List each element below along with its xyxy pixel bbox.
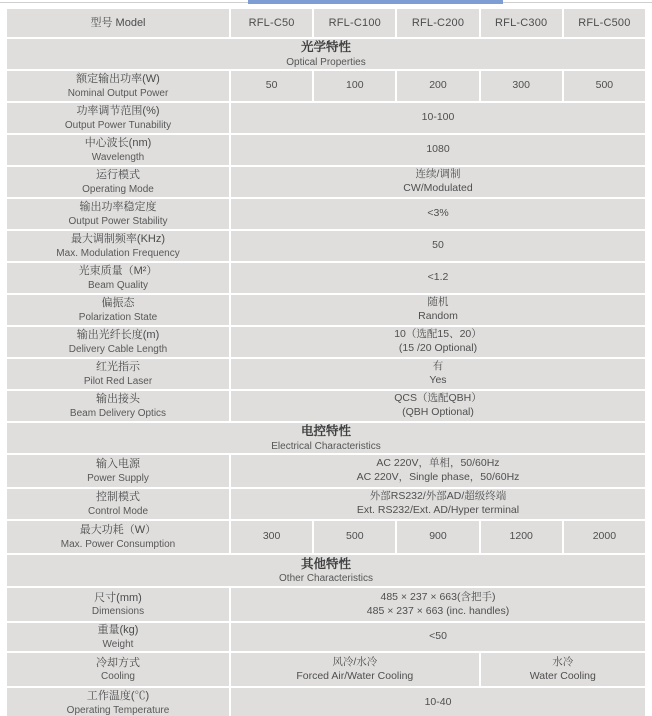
section-row: 光学特性Optical Properties: [7, 39, 645, 69]
row-label: 最大功耗（W）Max. Power Consumption: [7, 521, 229, 553]
table-row: 重量(kg)Weight<50: [7, 623, 645, 651]
model-name: RFL-C300: [495, 16, 547, 30]
row-label-zh: 输出接头: [96, 392, 140, 406]
row-label: 最大调制频率(KHz)Max. Modulation Frequency: [7, 231, 229, 261]
table-row: 控制模式Control Mode外部RS232/外部AD/超级终端Ext. RS…: [7, 489, 645, 519]
row-label: 红光指示Pilot Red Laser: [7, 359, 229, 389]
value-text: 1200: [510, 530, 533, 544]
value-text: 50: [432, 239, 444, 253]
section-row: 其他特性Other Characteristics: [7, 555, 645, 586]
value-cell-span: 有Yes: [231, 359, 645, 389]
row-label-zh: 偏振态: [102, 296, 135, 310]
table-row: 额定输出功率(W)Nominal Output Power50100200300…: [7, 71, 645, 101]
value-cell-span: 风冷/水冷Forced Air/Water Cooling: [231, 653, 479, 686]
row-label-zh: 输出光纤长度(m): [77, 328, 160, 342]
value-cell: 2000: [564, 521, 645, 553]
row-label-en: Beam Quality: [88, 279, 148, 292]
table-row: 最大功耗（W）Max. Power Consumption30050090012…: [7, 521, 645, 553]
value-text: 500: [596, 79, 614, 93]
row-label-zh: 尺寸(mm): [94, 591, 142, 605]
model-name: RFL-C50: [249, 16, 295, 30]
model-column-header: RFL-C100: [314, 9, 395, 37]
value-text: Ext. RS232/Ext. AD/Hyper terminal: [357, 504, 519, 518]
section-header-cell: 光学特性Optical Properties: [7, 39, 645, 69]
row-label: 尺寸(mm)Dimensions: [7, 588, 229, 621]
row-label-zh: 输入电源: [96, 457, 140, 471]
value-text: <3%: [427, 207, 448, 221]
table-row: 工作温度(℃)Operating Temperature10-40: [7, 688, 645, 716]
table-row: 红光指示Pilot Red Laser有Yes: [7, 359, 645, 389]
value-text: <50: [429, 630, 447, 644]
value-cell-span: 485 × 237 × 663(含把手)485 × 237 × 663 (inc…: [231, 588, 645, 621]
row-label: 重量(kg)Weight: [7, 623, 229, 651]
value-text: QCS（选配QBH）: [394, 392, 482, 406]
model-name: RFL-C100: [329, 16, 381, 30]
section-title-en: Electrical Characteristics: [271, 440, 380, 453]
row-label-zh: 最大功耗（W）: [80, 523, 156, 537]
row-label-zh: 光束质量（M²）: [79, 264, 158, 278]
value-text: 100: [346, 79, 364, 93]
value-text: Yes: [429, 374, 446, 388]
row-label: 输入电源Power Supply: [7, 455, 229, 487]
row-label: 输出光纤长度(m)Delivery Cable Length: [7, 327, 229, 357]
row-label: 输出功率稳定度Output Power Stability: [7, 199, 229, 229]
value-cell-span: <1.2: [231, 263, 645, 293]
section-header-cell: 电控特性Electrical Characteristics: [7, 423, 645, 453]
row-label-en: Output Power Stability: [69, 215, 168, 228]
value-cell-span: 10-40: [231, 688, 645, 716]
value-text: 风冷/水冷: [332, 656, 377, 670]
section-row: 电控特性Electrical Characteristics: [7, 423, 645, 453]
value-text: AC 220V，Single phase，50/60Hz: [357, 471, 520, 485]
value-cell-span: 1080: [231, 135, 645, 165]
value-text: <1.2: [428, 271, 449, 285]
row-label: 冷却方式Cooling: [7, 653, 229, 686]
row-label-en: Operating Mode: [82, 183, 154, 196]
model-column-header: RFL-C50: [231, 9, 312, 37]
value-cell-span: 随机Random: [231, 295, 645, 325]
row-label-en: Weight: [103, 638, 134, 651]
value-text: 50: [266, 79, 278, 93]
value-text: (QBH Optional): [402, 406, 474, 420]
value-cell-span: 连续/调制CW/Modulated: [231, 167, 645, 197]
value-text: 水冷: [552, 656, 573, 670]
value-cell-span: 水冷Water Cooling: [481, 653, 645, 686]
value-cell-span: QCS（选配QBH）(QBH Optional): [231, 391, 645, 421]
table-row: 偏振态Polarization State随机Random: [7, 295, 645, 325]
value-cell-span: AC 220V，单相，50/60HzAC 220V，Single phase，5…: [231, 455, 645, 487]
model-column-header: RFL-C500: [564, 9, 645, 37]
spec-table: 型号 ModelRFL-C50RFL-C100RFL-C200RFL-C300R…: [7, 9, 645, 716]
header-row: 型号 ModelRFL-C50RFL-C100RFL-C200RFL-C300R…: [7, 9, 645, 37]
value-text: 外部RS232/外部AD/超级终端: [370, 490, 507, 504]
value-text: 连续/调制: [416, 168, 461, 182]
row-label-zh: 重量(kg): [98, 623, 139, 637]
value-cell: 100: [314, 71, 395, 101]
laser-spec-sheet: 型号 ModelRFL-C50RFL-C100RFL-C200RFL-C300R…: [0, 0, 652, 716]
row-label-en: Beam Delivery Optics: [70, 407, 166, 420]
value-cell: 500: [314, 521, 395, 553]
row-label-en: Power Supply: [87, 472, 149, 485]
row-label-en: Nominal Output Power: [68, 87, 169, 100]
value-cell: 900: [397, 521, 478, 553]
value-cell-span: 10-100: [231, 103, 645, 133]
value-text: CW/Modulated: [403, 182, 472, 196]
value-cell-span: 50: [231, 231, 645, 261]
row-label-en: Control Mode: [88, 505, 148, 518]
model-name: RFL-C500: [578, 16, 630, 30]
value-text: 485 × 237 × 663(含把手): [381, 591, 496, 605]
row-label-zh: 中心波长(nm): [85, 136, 152, 150]
value-cell-span: <50: [231, 623, 645, 651]
value-cell: 50: [231, 71, 312, 101]
value-text: 485 × 237 × 663 (inc. handles): [367, 605, 509, 619]
value-cell-span: 10（选配15、20）(15 /20 Optional): [231, 327, 645, 357]
table-row: 运行模式Operating Mode连续/调制CW/Modulated: [7, 167, 645, 197]
value-text: Forced Air/Water Cooling: [296, 670, 413, 684]
row-label-zh: 工作温度(℃): [87, 689, 149, 703]
table-row: 尺寸(mm)Dimensions485 × 237 × 663(含把手)485 …: [7, 588, 645, 621]
row-label-zh: 额定输出功率(W): [76, 72, 160, 86]
model-column-header: RFL-C300: [481, 9, 562, 37]
value-text: 10-100: [422, 111, 455, 125]
section-title-zh: 电控特性: [301, 423, 351, 439]
row-label-zh: 控制模式: [96, 490, 140, 504]
table-row: 输出功率稳定度Output Power Stability<3%: [7, 199, 645, 229]
row-label-en: Dimensions: [92, 605, 144, 618]
row-label-zh: 红光指示: [96, 360, 140, 374]
value-text: Water Cooling: [530, 670, 596, 684]
row-label-en: Max. Modulation Frequency: [56, 247, 179, 260]
row-label-en: Delivery Cable Length: [69, 343, 167, 356]
row-label-en: Cooling: [101, 670, 135, 683]
model-name: RFL-C200: [412, 16, 464, 30]
value-cell: 500: [564, 71, 645, 101]
table-row: 中心波长(nm)Wavelength1080: [7, 135, 645, 165]
row-label-en: Max. Power Consumption: [61, 538, 176, 551]
value-text: 300: [263, 530, 281, 544]
value-text: 1080: [426, 143, 449, 157]
table-row: 光束质量（M²）Beam Quality<1.2: [7, 263, 645, 293]
value-text: (15 /20 Optional): [399, 342, 477, 356]
top-blue-bar: [248, 0, 503, 4]
value-text: 有: [433, 360, 444, 374]
row-label: 工作温度(℃)Operating Temperature: [7, 688, 229, 716]
section-title-en: Other Characteristics: [279, 572, 373, 585]
section-header-cell: 其他特性Other Characteristics: [7, 555, 645, 586]
value-cell-span: 外部RS232/外部AD/超级终端Ext. RS232/Ext. AD/Hype…: [231, 489, 645, 519]
row-label: 偏振态Polarization State: [7, 295, 229, 325]
row-label: 光束质量（M²）Beam Quality: [7, 263, 229, 293]
row-label-zh: 输出功率稳定度: [80, 200, 157, 214]
table-row: 最大调制频率(KHz)Max. Modulation Frequency50: [7, 231, 645, 261]
row-label-en: Polarization State: [79, 311, 157, 324]
table-row: 冷却方式Cooling风冷/水冷Forced Air/Water Cooling…: [7, 653, 645, 686]
table-row: 输出光纤长度(m)Delivery Cable Length10（选配15、20…: [7, 327, 645, 357]
value-cell-span: <3%: [231, 199, 645, 229]
value-text: 10-40: [425, 696, 452, 710]
row-label: 输出接头Beam Delivery Optics: [7, 391, 229, 421]
table-row: 输入电源Power SupplyAC 220V，单相，50/60HzAC 220…: [7, 455, 645, 487]
value-text: 随机: [428, 296, 449, 310]
value-cell: 300: [481, 71, 562, 101]
row-label-en: Output Power Tunability: [65, 119, 171, 132]
row-label: 中心波长(nm)Wavelength: [7, 135, 229, 165]
value-text: 900: [429, 530, 447, 544]
section-title-zh: 光学特性: [301, 39, 351, 55]
row-label: 控制模式Control Mode: [7, 489, 229, 519]
value-text: 300: [512, 79, 530, 93]
value-cell: 300: [231, 521, 312, 553]
model-column-header: RFL-C200: [397, 9, 478, 37]
model-header-text: 型号 Model: [90, 16, 145, 30]
value-text: 200: [429, 79, 447, 93]
section-title-en: Optical Properties: [286, 56, 365, 69]
row-label-zh: 最大调制频率(KHz): [71, 232, 165, 246]
row-label: 运行模式Operating Mode: [7, 167, 229, 197]
row-label-zh: 运行模式: [96, 168, 140, 182]
value-text: Random: [418, 310, 458, 324]
value-text: 500: [346, 530, 364, 544]
table-row: 输出接头Beam Delivery OpticsQCS（选配QBH）(QBH O…: [7, 391, 645, 421]
value-cell: 1200: [481, 521, 562, 553]
model-header-label: 型号 Model: [7, 9, 229, 37]
row-label-en: Wavelength: [92, 151, 144, 164]
section-title-zh: 其他特性: [301, 556, 351, 572]
row-label: 额定输出功率(W)Nominal Output Power: [7, 71, 229, 101]
row-label: 功率调节范围(%)Output Power Tunability: [7, 103, 229, 133]
row-label-en: Operating Temperature: [67, 704, 170, 716]
value-cell: 200: [397, 71, 478, 101]
row-label-zh: 冷却方式: [96, 656, 140, 670]
value-text: 10（选配15、20）: [394, 328, 482, 342]
row-label-en: Pilot Red Laser: [84, 375, 152, 388]
row-label-zh: 功率调节范围(%): [76, 104, 159, 118]
table-row: 功率调节范围(%)Output Power Tunability10-100: [7, 103, 645, 133]
value-text: AC 220V，单相，50/60Hz: [376, 457, 499, 471]
value-text: 2000: [593, 530, 616, 544]
